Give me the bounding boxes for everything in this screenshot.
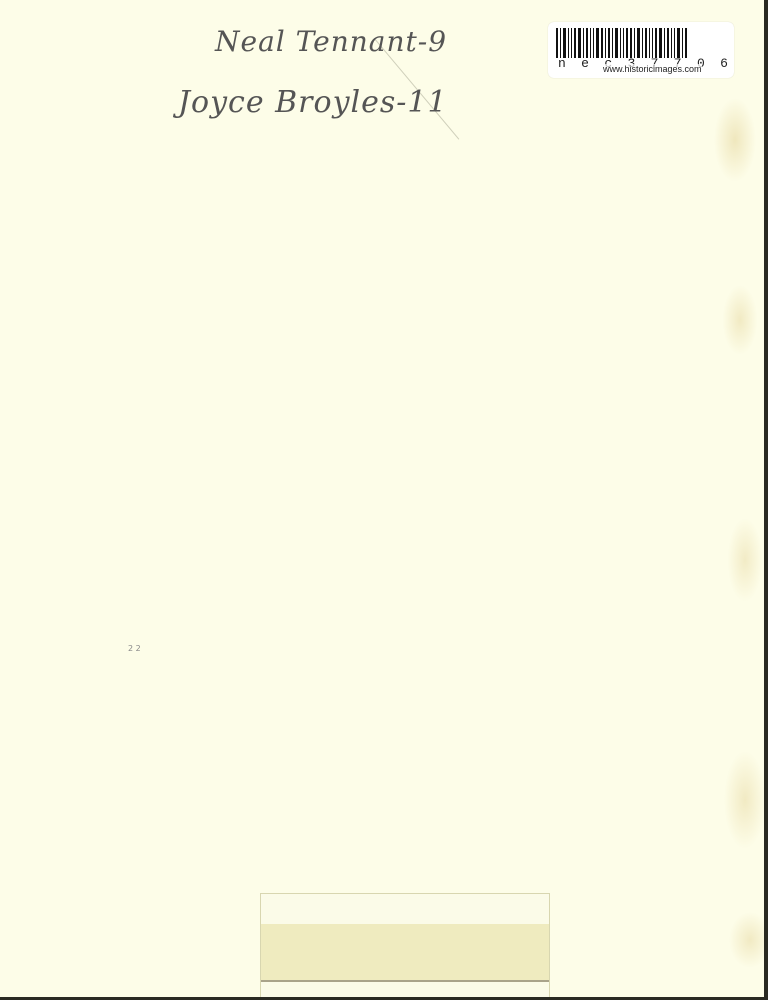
- barcode-url: www.historicimages.com: [603, 64, 702, 74]
- right-edge: [764, 0, 768, 1000]
- photo-back-paper: [0, 0, 764, 998]
- handwritten-name-2: Joyce Broyles-11: [178, 85, 448, 120]
- barcode-icon: [556, 28, 726, 58]
- barcode-digit: 6: [720, 56, 728, 71]
- barcode-label: nec37706 www.historicimages.com: [548, 22, 734, 78]
- barcode-digit: n: [558, 56, 566, 71]
- tape-strip: [261, 924, 549, 982]
- masking-tape: [260, 893, 550, 1000]
- handwritten-name-1: Neal Tennant-9: [215, 25, 447, 58]
- small-mark: 2 2: [128, 645, 141, 653]
- barcode-digit: e: [581, 56, 589, 71]
